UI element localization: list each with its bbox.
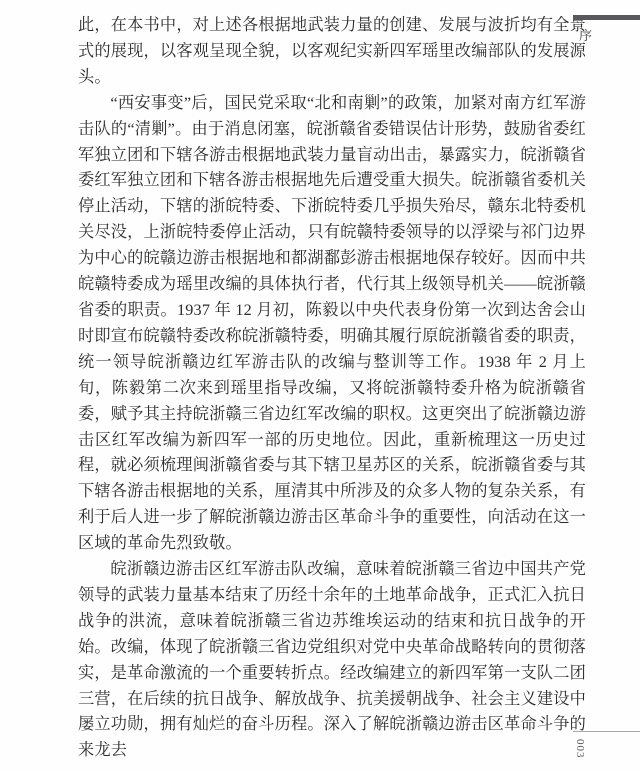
page-number: 003 [574, 739, 586, 759]
body-text: 此，在本书中，对上述各根据地武装力量的创建、发展与波折均有全景式的展现，以客观呈… [78, 13, 586, 764]
paragraph-xian-incident: “西安事变”后，国民党采取“北和南剿”的政策，加紧对南方红军游击队的“清剿”。由… [78, 91, 586, 557]
section-header-bar [573, 15, 640, 20]
footer-rule [573, 731, 640, 732]
paragraph-reorganization-significance: 皖浙赣边游击区红军游击队改编，意味着皖浙赣三省边中国共产党领导的武装力量基本结束… [78, 557, 586, 764]
paragraph-continuation: 此，在本书中，对上述各根据地武装力量的创建、发展与波折均有全景式的展现，以客观呈… [78, 13, 586, 91]
book-page: 此，在本书中，对上述各根据地武装力量的创建、发展与波折均有全景式的展现，以客观呈… [0, 0, 640, 772]
section-label-preface: 序 [579, 25, 592, 44]
